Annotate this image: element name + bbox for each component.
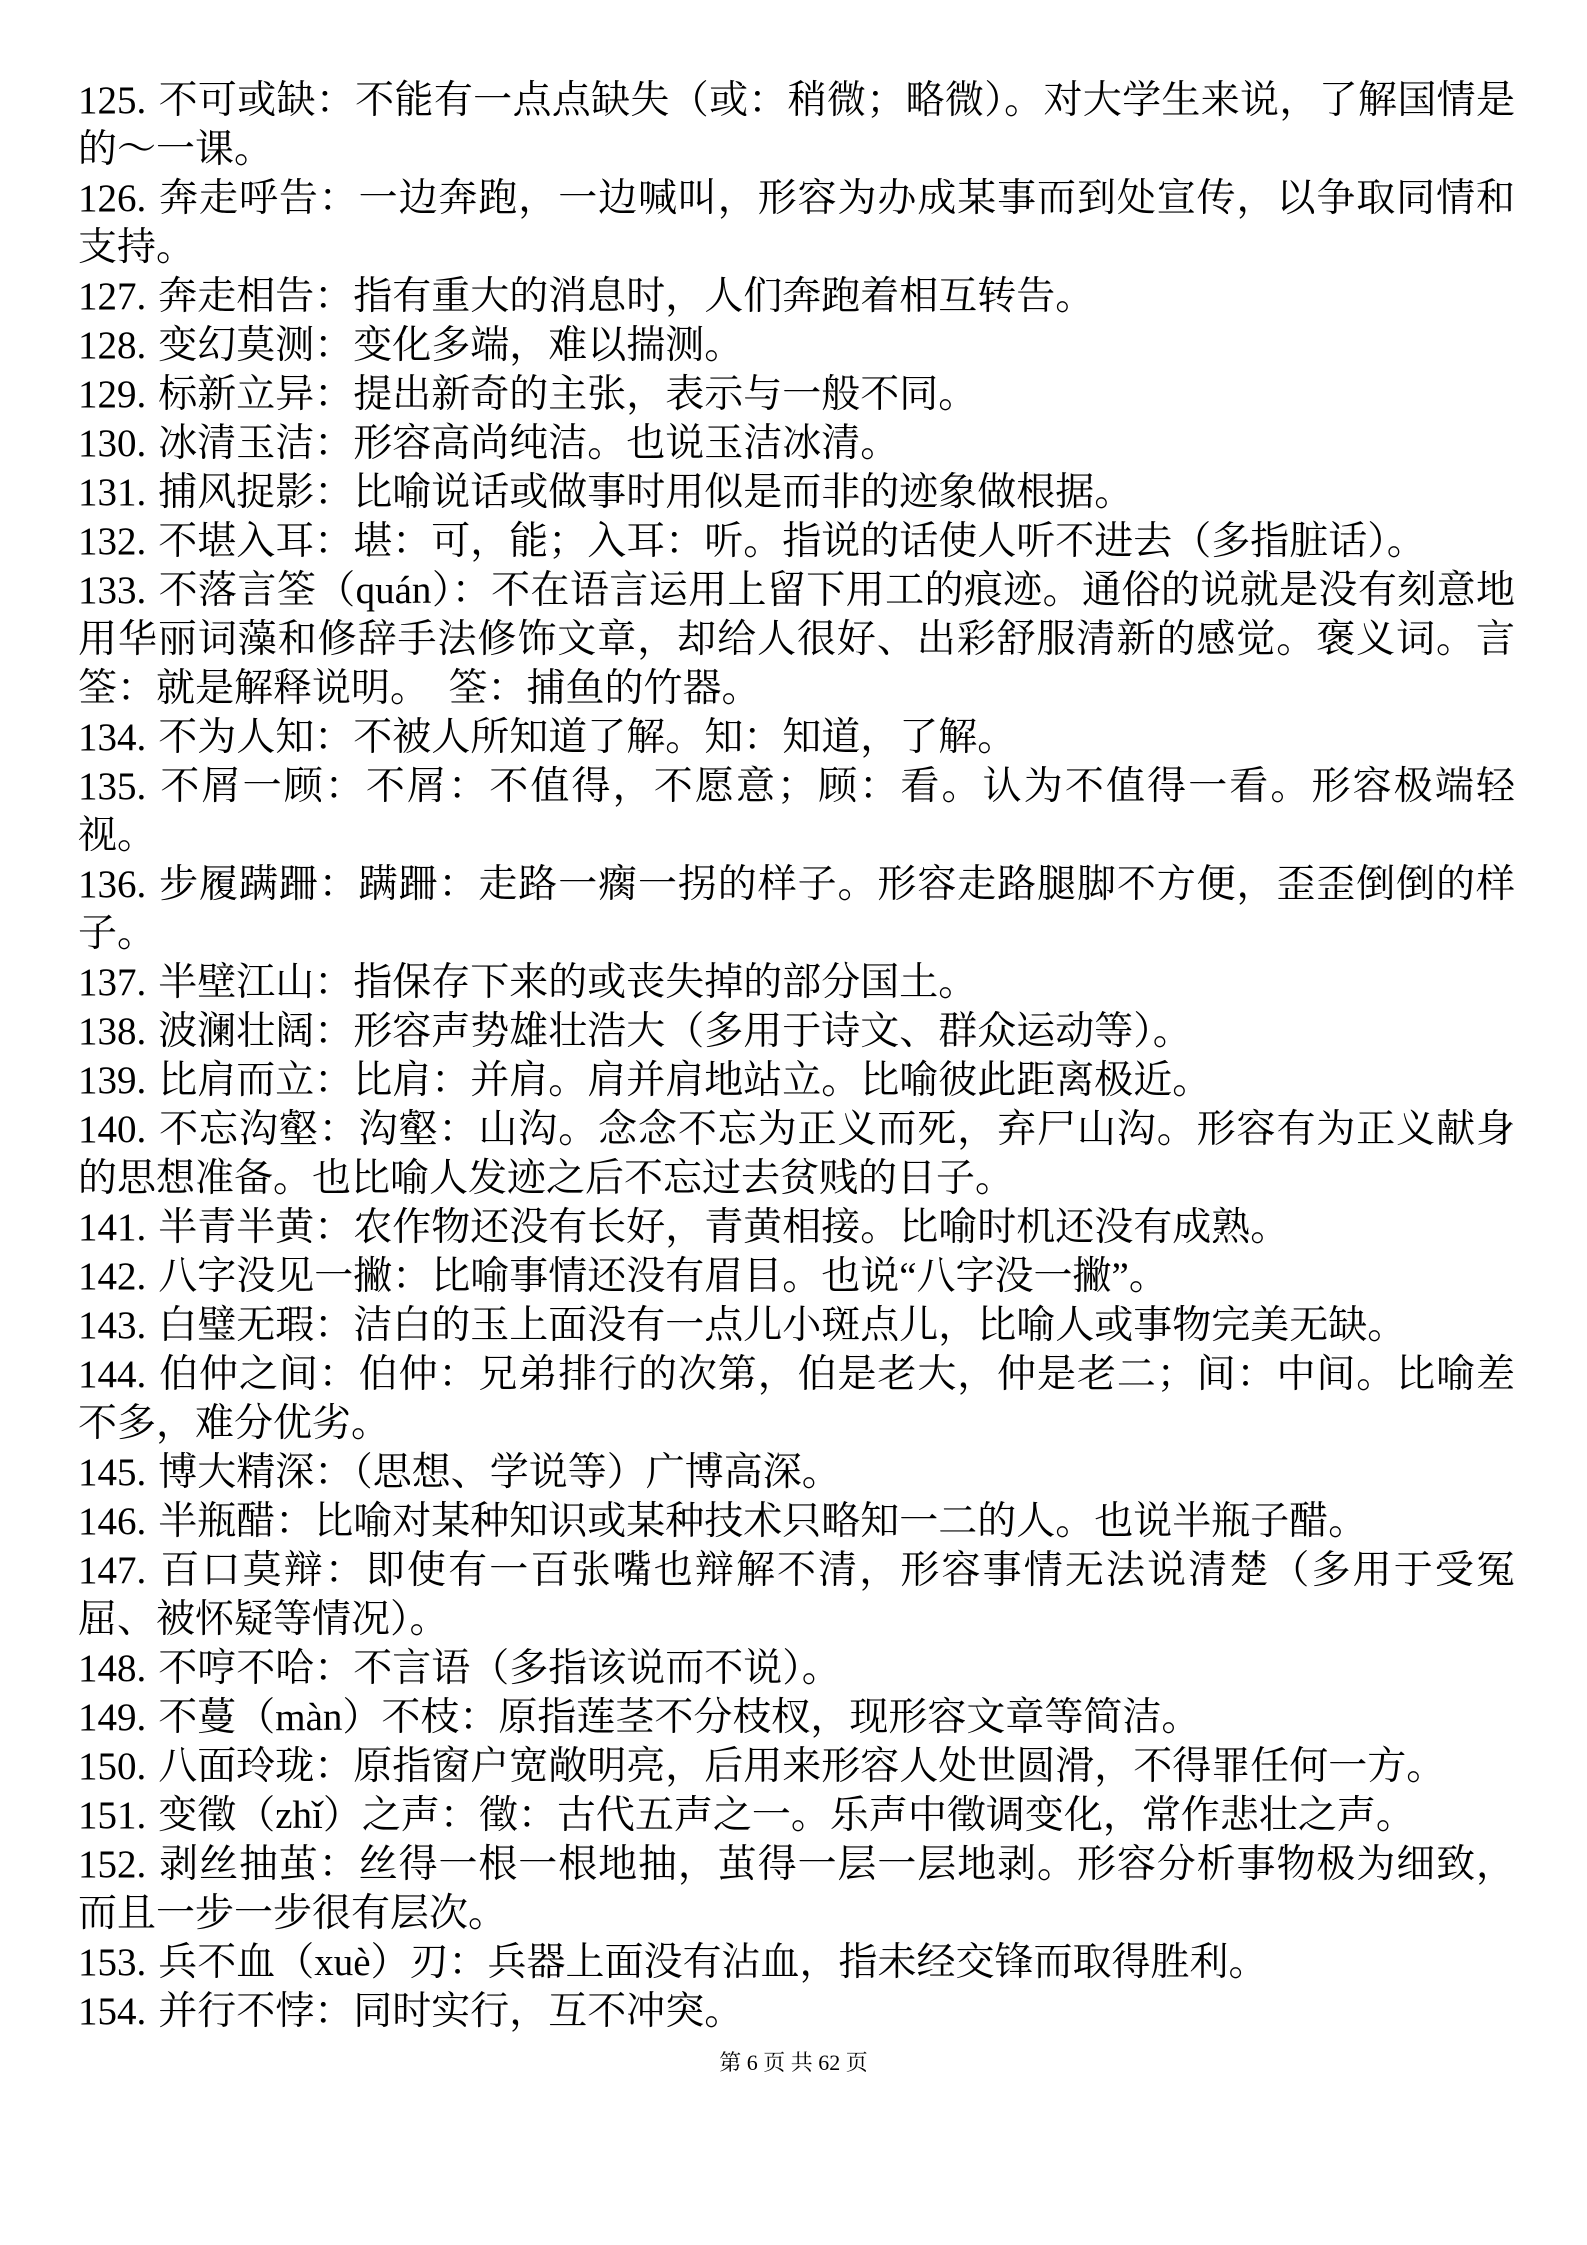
entry-text: 半瓶醋：比喻对某种知识或某种技术只略知一二的人。也说半瓶子醋。 — [158, 1500, 1367, 1543]
entry-text: 不哼不哈：不言语（多指该说而不说）。 — [158, 1647, 841, 1690]
entry-number: 139. — [78, 1059, 158, 1102]
entry-text: 不可或缺：不能有一点点缺失（或：稍微；略微）。对大学生来说，了解国情是的～一课。 — [78, 79, 1515, 171]
idiom-entry: 132.不堪入耳：堪：可，能；入耳：听。指说的话使人听不进去（多指脏话）。 — [78, 517, 1515, 566]
entry-number: 148. — [78, 1647, 158, 1690]
entry-text: 不蔓（màn）不枝：原指莲茎不分枝杈，现形容文章等简洁。 — [158, 1696, 1200, 1739]
entry-number: 125. — [78, 79, 158, 122]
entry-number: 151. — [78, 1794, 158, 1837]
entry-number: 135. — [78, 765, 158, 808]
idiom-entry: 141.半青半黄：农作物还没有长好，青黄相接。比喻时机还没有成熟。 — [78, 1203, 1515, 1252]
entry-number: 140. — [78, 1108, 158, 1151]
idiom-entry: 153.兵不血（xuè）刃：兵器上面没有沾血，指未经交锋而取得胜利。 — [78, 1938, 1515, 1987]
entry-number: 132. — [78, 520, 158, 563]
entry-text: 不落言筌（quán）：不在语言运用上留下用工的痕迹。通俗的说就是没有刻意地用华丽… — [78, 569, 1515, 710]
entry-number: 153. — [78, 1941, 158, 1984]
entry-text: 八字没见一撇：比喻事情还没有眉目。也说“八字没一撇”。 — [158, 1255, 1168, 1298]
idiom-list: 125.不可或缺：不能有一点点缺失（或：稍微；略微）。对大学生来说，了解国情是的… — [78, 76, 1515, 2036]
entry-number: 147. — [78, 1549, 158, 1592]
entry-text: 变幻莫测：变化多端，难以揣测。 — [158, 324, 743, 367]
entry-number: 128. — [78, 324, 158, 367]
entry-text: 兵不血（xuè）刃：兵器上面没有沾血，指未经交锋而取得胜利。 — [158, 1941, 1267, 1984]
entry-text: 并行不悖：同时实行，互不冲突。 — [158, 1990, 743, 2033]
idiom-entry: 151.变徵（zhǐ）之声：徵：古代五声之一。乐声中徵调变化，常作悲壮之声。 — [78, 1791, 1515, 1840]
idiom-entry: 125.不可或缺：不能有一点点缺失（或：稍微；略微）。对大学生来说，了解国情是的… — [78, 76, 1515, 174]
entry-number: 127. — [78, 275, 158, 318]
entry-text: 冰清玉洁：形容高尚纯洁。也说玉洁冰清。 — [158, 422, 899, 465]
entry-number: 141. — [78, 1206, 158, 1249]
entry-number: 149. — [78, 1696, 158, 1739]
entry-text: 八面玲珑：原指窗户宽敞明亮，后用来形容人处世圆滑，不得罪任何一方。 — [158, 1745, 1445, 1788]
entry-number: 129. — [78, 373, 158, 416]
idiom-entry: 145.博大精深：（思想、学说等）广博高深。 — [78, 1448, 1515, 1497]
idiom-entry: 138.波澜壮阔：形容声势雄壮浩大（多用于诗文、群众运动等）。 — [78, 1007, 1515, 1056]
idiom-entry: 129.标新立异：提出新奇的主张，表示与一般不同。 — [78, 370, 1515, 419]
entry-text: 博大精深：（思想、学说等）广博高深。 — [158, 1451, 841, 1494]
entry-text: 不堪入耳：堪：可，能；入耳：听。指说的话使人听不进去（多指脏话）。 — [158, 520, 1426, 563]
entry-number: 142. — [78, 1255, 158, 1298]
idiom-entry: 135.不屑一顾：不屑：不值得，不愿意；顾：看。认为不值得一看。形容极端轻视。 — [78, 762, 1515, 860]
entry-number: 143. — [78, 1304, 158, 1347]
entry-number: 133. — [78, 569, 158, 612]
idiom-entry: 142.八字没见一撇：比喻事情还没有眉目。也说“八字没一撇”。 — [78, 1252, 1515, 1301]
page-footer: 第 6 页 共 62 页 — [0, 2048, 1587, 2078]
entry-number: 126. — [78, 177, 158, 220]
entry-text: 步履蹒跚：蹒跚：走路一瘸一拐的样子。形容走路腿脚不方便，歪歪倒倒的样子。 — [78, 863, 1515, 955]
idiom-entry: 150.八面玲珑：原指窗户宽敞明亮，后用来形容人处世圆滑，不得罪任何一方。 — [78, 1742, 1515, 1791]
entry-number: 144. — [78, 1353, 158, 1396]
idiom-entry: 146.半瓶醋：比喻对某种知识或某种技术只略知一二的人。也说半瓶子醋。 — [78, 1497, 1515, 1546]
entry-text: 伯仲之间：伯仲：兄弟排行的次第，伯是老大，仲是老二；间：中间。比喻差不多，难分优… — [78, 1353, 1515, 1445]
entry-text: 白璧无瑕：洁白的玉上面没有一点儿小斑点儿，比喻人或事物完美无缺。 — [158, 1304, 1406, 1347]
idiom-entry: 137.半壁江山：指保存下来的或丧失掉的部分国土。 — [78, 958, 1515, 1007]
idiom-entry: 134.不为人知：不被人所知道了解。知：知道，了解。 — [78, 713, 1515, 762]
entry-text: 百口莫辩：即使有一百张嘴也辩解不清，形容事情无法说清楚（多用于受冤屈、被怀疑等情… — [78, 1549, 1515, 1641]
entry-text: 半青半黄：农作物还没有长好，青黄相接。比喻时机还没有成熟。 — [158, 1206, 1289, 1249]
idiom-entry: 133.不落言筌（quán）：不在语言运用上留下用工的痕迹。通俗的说就是没有刻意… — [78, 566, 1515, 713]
entry-text: 剥丝抽茧：丝得一根一根地抽，茧得一层一层地剥。形容分析事物极为细致，而且一步一步… — [78, 1843, 1515, 1935]
idiom-entry: 147.百口莫辩：即使有一百张嘴也辩解不清，形容事情无法说清楚（多用于受冤屈、被… — [78, 1546, 1515, 1644]
idiom-entry: 128.变幻莫测：变化多端，难以揣测。 — [78, 321, 1515, 370]
entry-number: 152. — [78, 1843, 158, 1886]
entry-text: 奔走呼告：一边奔跑，一边喊叫，形容为办成某事而到处宣传，以争取同情和支持。 — [78, 177, 1515, 269]
entry-number: 145. — [78, 1451, 158, 1494]
entry-number: 138. — [78, 1010, 158, 1053]
entry-number: 146. — [78, 1500, 158, 1543]
page-number-text: 第 6 页 共 62 页 — [719, 2050, 868, 2075]
idiom-entry: 152.剥丝抽茧：丝得一根一根地抽，茧得一层一层地剥。形容分析事物极为细致，而且… — [78, 1840, 1515, 1938]
idiom-entry: 154.并行不悖：同时实行，互不冲突。 — [78, 1987, 1515, 2036]
entry-text: 捕风捉影：比喻说话或做事时用似是而非的迹象做根据。 — [158, 471, 1133, 514]
idiom-entry: 139.比肩而立：比肩：并肩。肩并肩地站立。比喻彼此距离极近。 — [78, 1056, 1515, 1105]
entry-text: 半壁江山：指保存下来的或丧失掉的部分国土。 — [158, 961, 977, 1004]
entry-text: 变徵（zhǐ）之声：徵：古代五声之一。乐声中徵调变化，常作悲壮之声。 — [158, 1794, 1415, 1837]
entry-number: 136. — [78, 863, 158, 906]
entry-text: 标新立异：提出新奇的主张，表示与一般不同。 — [158, 373, 977, 416]
idiom-entry: 148.不哼不哈：不言语（多指该说而不说）。 — [78, 1644, 1515, 1693]
idiom-entry: 144.伯仲之间：伯仲：兄弟排行的次第，伯是老大，仲是老二；间：中间。比喻差不多… — [78, 1350, 1515, 1448]
idiom-entry: 130.冰清玉洁：形容高尚纯洁。也说玉洁冰清。 — [78, 419, 1515, 468]
document-page: 125.不可或缺：不能有一点点缺失（或：稍微；略微）。对大学生来说，了解国情是的… — [0, 0, 1587, 2245]
entry-text: 比肩而立：比肩：并肩。肩并肩地站立。比喻彼此距离极近。 — [158, 1059, 1211, 1102]
entry-text: 不屑一顾：不屑：不值得，不愿意；顾：看。认为不值得一看。形容极端轻视。 — [78, 765, 1515, 857]
entry-number: 134. — [78, 716, 158, 759]
entry-text: 不为人知：不被人所知道了解。知：知道，了解。 — [158, 716, 1016, 759]
idiom-entry: 140.不忘沟壑：沟壑：山沟。念念不忘为正义而死，弃尸山沟。形容有为正义献身的思… — [78, 1105, 1515, 1203]
idiom-entry: 143.白璧无瑕：洁白的玉上面没有一点儿小斑点儿，比喻人或事物完美无缺。 — [78, 1301, 1515, 1350]
idiom-entry: 126.奔走呼告：一边奔跑，一边喊叫，形容为办成某事而到处宣传，以争取同情和支持… — [78, 174, 1515, 272]
entry-text: 不忘沟壑：沟壑：山沟。念念不忘为正义而死，弃尸山沟。形容有为正义献身的思想准备。… — [78, 1108, 1515, 1200]
entry-text: 波澜壮阔：形容声势雄壮浩大（多用于诗文、群众运动等）。 — [158, 1010, 1192, 1053]
idiom-entry: 149.不蔓（màn）不枝：原指莲茎不分枝杈，现形容文章等简洁。 — [78, 1693, 1515, 1742]
entry-text: 奔走相告：指有重大的消息时，人们奔跑着相互转告。 — [158, 275, 1094, 318]
idiom-entry: 127.奔走相告：指有重大的消息时，人们奔跑着相互转告。 — [78, 272, 1515, 321]
idiom-entry: 131.捕风捉影：比喻说话或做事时用似是而非的迹象做根据。 — [78, 468, 1515, 517]
idiom-entry: 136.步履蹒跚：蹒跚：走路一瘸一拐的样子。形容走路腿脚不方便，歪歪倒倒的样子。 — [78, 860, 1515, 958]
entry-number: 137. — [78, 961, 158, 1004]
entry-number: 150. — [78, 1745, 158, 1788]
entry-number: 154. — [78, 1990, 158, 2033]
entry-number: 131. — [78, 471, 158, 514]
entry-number: 130. — [78, 422, 158, 465]
